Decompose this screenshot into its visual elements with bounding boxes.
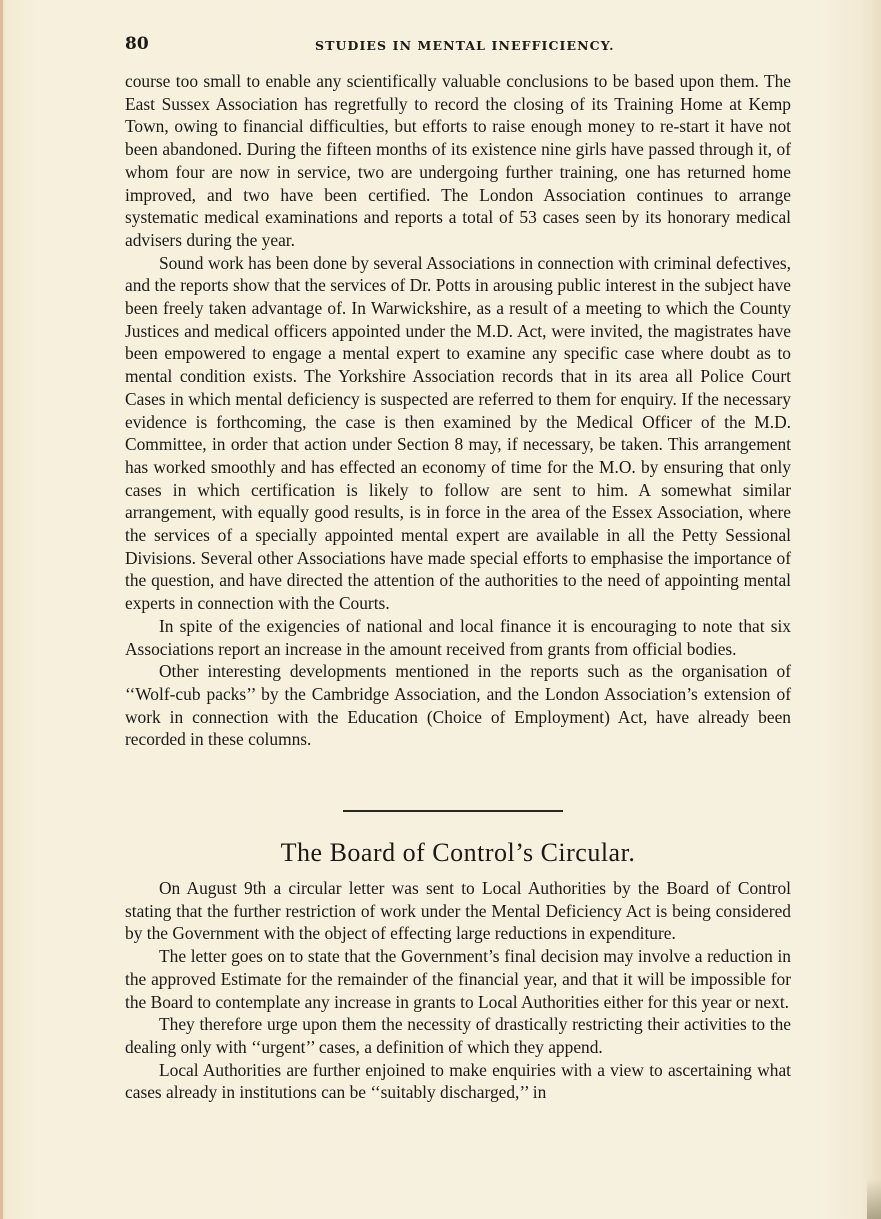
section-title: The Board of Control’s Circular. <box>125 838 791 868</box>
article-body: course too small to enable any scientifi… <box>125 70 791 751</box>
running-title: STUDIES IN MENTAL INEFFICIENCY. <box>315 38 615 53</box>
page-binding-edge <box>0 0 3 1219</box>
page-corner-shadow <box>867 1179 881 1219</box>
paragraph: Local Authorities are further enjoined t… <box>125 1059 791 1104</box>
paragraph: The letter goes on to state that the Gov… <box>125 945 791 1013</box>
paragraph: Other interesting developments mentioned… <box>125 660 791 751</box>
page-number: 80 <box>125 34 149 54</box>
running-head: 80 STUDIES IN MENTAL INEFFICIENCY. <box>125 34 791 58</box>
paragraph: course too small to enable any scientifi… <box>125 70 791 252</box>
section-body: On August 9th a circular letter was sent… <box>125 877 791 1104</box>
paragraph: Sound work has been done by several Asso… <box>125 252 791 615</box>
paragraph: On August 9th a circular letter was sent… <box>125 877 791 945</box>
paragraph: In spite of the exigencies of national a… <box>125 615 791 660</box>
book-page: 80 STUDIES IN MENTAL INEFFICIENCY. cours… <box>0 0 881 1219</box>
section-divider-rule <box>343 810 563 812</box>
paragraph: They therefore urge upon them the necess… <box>125 1013 791 1058</box>
